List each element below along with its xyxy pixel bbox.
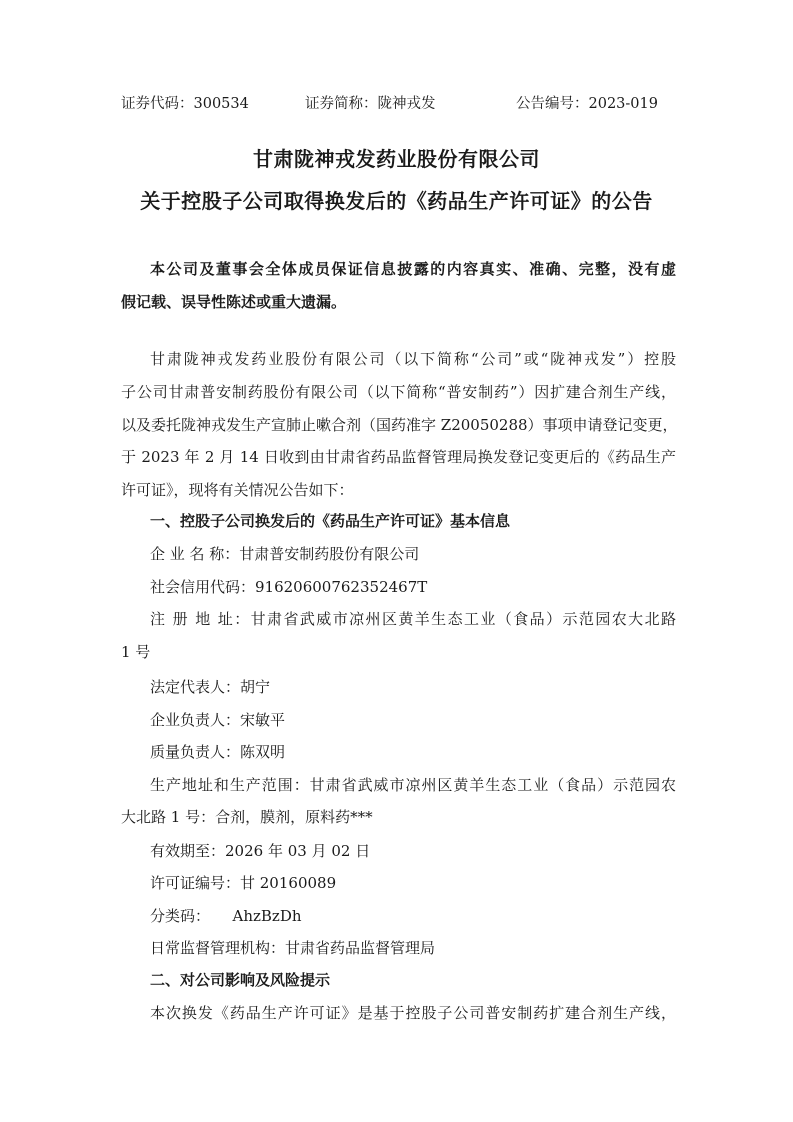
registered-address-line-2: 1 号 bbox=[121, 641, 150, 663]
intro-line-4: 于 2023 年 2 月 14 日收到由甘肃省药品监督管理局换发登记变更后的《药… bbox=[121, 446, 676, 468]
intro-line-2: 子公司甘肃普安制药股份有限公司（以下简称“普安制药”）因扩建合剂生产线， bbox=[121, 381, 676, 403]
document-page: 证券代码：300534 证券简称：陇神戎发 公告编号：2023-019 甘肃陇神… bbox=[0, 0, 793, 1122]
section-1-heading: 一、控股子公司换发后的《药品生产许可证》基本信息 bbox=[150, 510, 510, 532]
license-number: 许可证编号：甘 20160089 bbox=[150, 872, 336, 894]
registered-address-line-1: 注 册 地 址：甘肃省武威市凉州区黄羊生态工业（食品）示范园农大北路 bbox=[150, 608, 676, 630]
notice-title: 关于控股子公司取得换发后的《药品生产许可证》的公告 bbox=[0, 187, 793, 215]
category-code: 分类码： AhzBzDh bbox=[150, 905, 302, 927]
production-scope-line-1: 生产地址和生产范围：甘肃省武威市凉州区黄羊生态工业（食品）示范园农 bbox=[150, 774, 676, 796]
company-title: 甘肃陇神戎发药业股份有限公司 bbox=[0, 145, 793, 173]
statement-line-1: 本公司及董事会全体成员保证信息披露的内容真实、准确、完整，没有虚 bbox=[150, 258, 676, 280]
credit-code: 社会信用代码：91620600762352467T bbox=[150, 576, 427, 598]
notice-number: 公告编号：2023-019 bbox=[516, 94, 658, 114]
intro-line-1: 甘肃陇神戎发药业股份有限公司（以下简称“公司”或“陇神戎发”）控股 bbox=[150, 348, 676, 370]
legal-representative: 法定代表人：胡宁 bbox=[150, 676, 270, 698]
statement-line-2: 假记载、误导性陈述或重大遗漏。 bbox=[121, 291, 346, 313]
intro-line-5: 许可证》，现将有关情况公告如下： bbox=[121, 479, 354, 501]
production-scope-line-2: 大北路 1 号：合剂，膜剂，原料药*** bbox=[121, 806, 373, 828]
stock-abbreviation: 证券简称：陇神戎发 bbox=[305, 94, 436, 114]
company-name: 企 业 名 称：甘肃普安制药股份有限公司 bbox=[150, 543, 419, 565]
stock-code: 证券代码：300534 bbox=[121, 94, 249, 114]
intro-line-3: 以及委托陇神戎发生产宣肺止嗽合剂（国药准字 Z20050288）事项申请登记变更… bbox=[121, 414, 676, 436]
enterprise-head: 企业负责人：宋敏平 bbox=[150, 709, 285, 731]
supervising-authority: 日常监督管理机构：甘肃省药品监督管理局 bbox=[150, 937, 435, 959]
section-2-heading: 二、对公司影响及风险提示 bbox=[150, 969, 330, 991]
valid-until: 有效期至：2026 年 03 月 02 日 bbox=[150, 840, 370, 862]
quality-head: 质量负责人：陈双明 bbox=[150, 741, 285, 763]
section-2-line-1: 本次换发《药品生产许可证》是基于控股子公司普安制药扩建合剂生产线， bbox=[150, 1002, 676, 1024]
